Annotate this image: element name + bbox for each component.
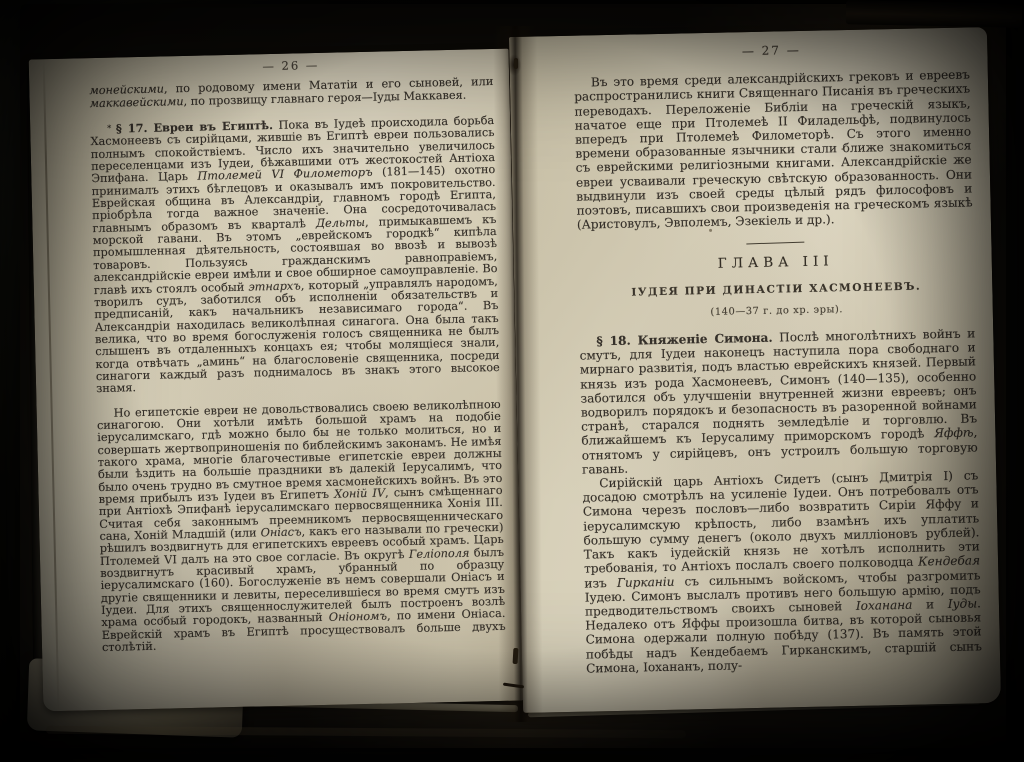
gutter-shadow [493,26,543,722]
text-segment-i: маккавейскими [90,95,184,110]
paragraph: Сирійскій царь Антіохъ Сидетъ (сынъ Дмит… [582,468,982,675]
section-divider [746,242,804,245]
right-page: — 27 — Въ это время среди александрійски… [509,27,1001,713]
left-page-paragraphs: монейскими, по родовому имени Мататіи и … [89,76,506,654]
paragraph: Но египетскіе евреи не довольствовались … [97,399,506,655]
chapter-subtitle: ІУДЕЯ ПРИ ДИНАСТІИ ХАСМОНЕЕВЪ. [578,278,974,300]
paragraph: Въ это время среди александрійскихъ грек… [574,68,973,232]
text-segment-i: Яффѣ [934,426,974,441]
text-segment-i: Гирканіи [617,574,675,589]
text-segment-i: Іоханана [856,598,913,613]
chapter-dates: (140—37 г. до хр. эры). [579,300,975,322]
text-segment-star: * [107,123,116,133]
text-segment-i: Іуды [948,596,978,611]
paragraph: монейскими, по родовому имени Мататіи и … [89,76,493,110]
right-page-paragraphs: Въ это время среди александрійскихъ грек… [574,68,982,676]
binding-stitch [513,648,519,664]
text-segment: Въ это время среди александрійскихъ грек… [574,68,973,232]
text-segment: изъ [584,575,617,590]
text-segment: и [912,597,948,612]
chapter-title: ГЛАВА III [578,252,974,274]
paragraph: * § 17. Евреи въ Египтѣ. Пока въ Іудеѣ п… [90,113,500,396]
right-page-content: — 27 — Въ это время среди александрійски… [573,39,982,675]
left-page: — 26 — монейскими, по родовому имени Мат… [29,49,524,712]
paragraph: § 18. Княженіе Симона. Послѣ многолѣтних… [579,326,978,476]
book-photograph: — 26 — монейскими, по родовому имени Мат… [0,0,1024,762]
left-page-content: — 26 — монейскими, по родовому имени Мат… [89,55,506,654]
text-segment-i: Кендебая [918,554,980,569]
cover-edge [846,0,1022,28]
binding-stitch [514,58,518,69]
